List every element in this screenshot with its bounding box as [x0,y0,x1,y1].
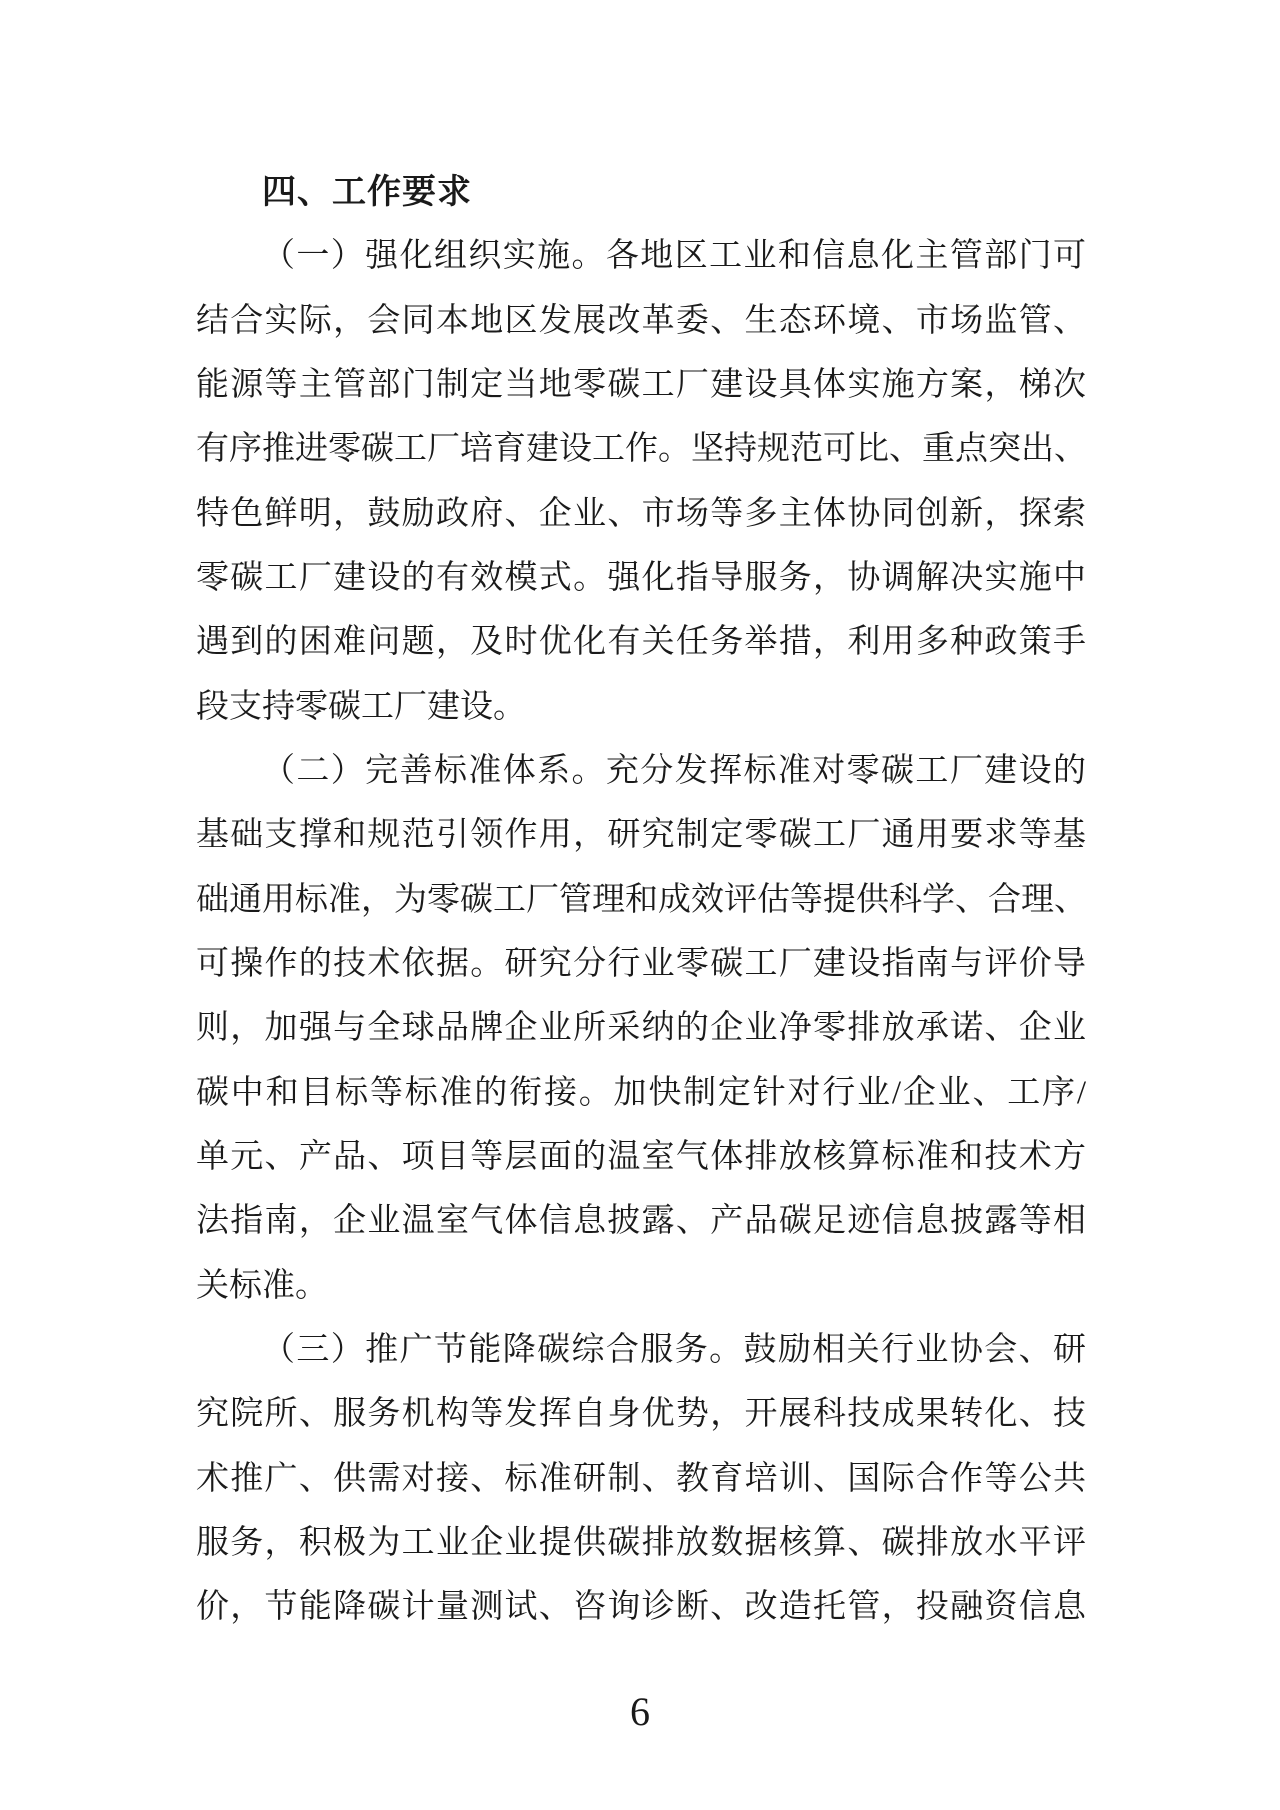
text-line: 段支持零碳工厂建设。 [196,675,1086,739]
text-line: 础通用标准，为零碳工厂管理和成效评估等提供科学、合理、 [196,868,1086,932]
text-line: 术推广、供需对接、标准研制、教育培训、国际合作等公共 [196,1447,1086,1511]
text-line: 服务，积极为工业企业提供碳排放数据核算、碳排放水平评 [196,1511,1086,1575]
text-block: 四、工作要求 （一）强化组织实施。各地区工业和信息化主管部门可 结合实际，会同本… [196,160,1086,1640]
text-line: 法指南，企业温室气体信息披露、产品碳足迹信息披露等相 [196,1189,1086,1253]
text-line: （三）推广节能降碳综合服务。鼓励相关行业协会、研 [196,1318,1086,1382]
section-heading: 四、工作要求 [196,160,1086,224]
text-line: 价，节能降碳计量测试、咨询诊断、改造托管，投融资信息 [196,1575,1086,1639]
text-line: 有序推进零碳工厂培育建设工作。坚持规范可比、重点突出、 [196,417,1086,481]
text-line: 遇到的困难问题，及时优化有关任务举措，利用多种政策手 [196,610,1086,674]
text-line: （二）完善标准体系。充分发挥标准对零碳工厂建设的 [196,739,1086,803]
text-line: 可操作的技术依据。研究分行业零碳工厂建设指南与评价导 [196,932,1086,996]
text-line: 碳中和目标等标准的衔接。加快制定针对行业/企业、工序/ [196,1061,1086,1125]
text-line: （一）强化组织实施。各地区工业和信息化主管部门可 [196,224,1086,288]
text-line: 关标准。 [196,1254,1086,1318]
page-number: 6 [0,1688,1280,1735]
text-line: 则，加强与全球品牌企业所采纳的企业净零排放承诺、企业 [196,996,1086,1060]
text-line: 能源等主管部门制定当地零碳工厂建设具体实施方案，梯次 [196,353,1086,417]
document-page: 四、工作要求 （一）强化组织实施。各地区工业和信息化主管部门可 结合实际，会同本… [0,0,1280,1810]
text-line: 究院所、服务机构等发挥自身优势，开展科技成果转化、技 [196,1382,1086,1446]
text-line: 结合实际，会同本地区发展改革委、生态环境、市场监管、 [196,289,1086,353]
text-line: 基础支撑和规范引领作用，研究制定零碳工厂通用要求等基 [196,803,1086,867]
text-line: 零碳工厂建设的有效模式。强化指导服务，协调解决实施中 [196,546,1086,610]
text-line: 单元、产品、项目等层面的温室气体排放核算标准和技术方 [196,1125,1086,1189]
text-line: 特色鲜明，鼓励政府、企业、市场等多主体协同创新，探索 [196,482,1086,546]
